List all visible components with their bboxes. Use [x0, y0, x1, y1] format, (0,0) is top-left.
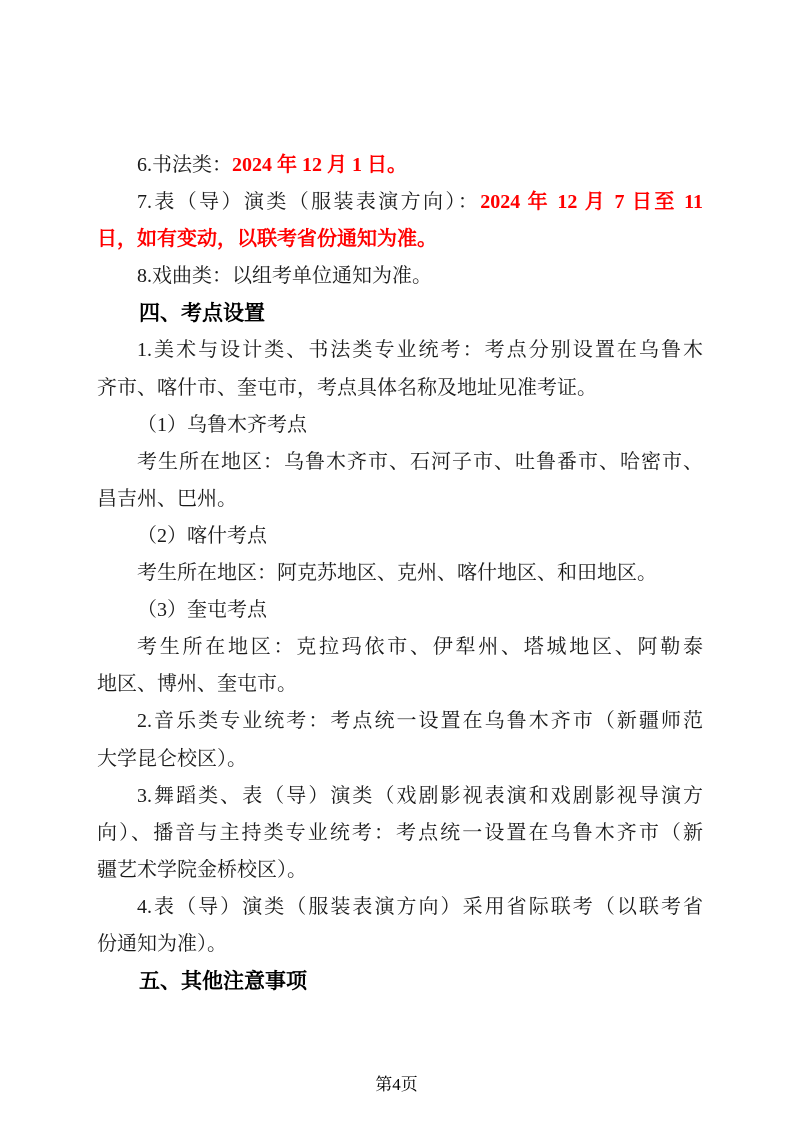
line-performance-exam-date-cont: 日，如有变动，以联考省份通知为准。: [97, 221, 703, 258]
line-calligraphy-exam-date: 6.书法类：2024 年 12 月 1 日。: [97, 147, 703, 184]
line-opera-exam-date: 8.戏曲类：以组考单位通知为准。: [97, 258, 703, 295]
line-urumqi-site-label: （1）乌鲁木齐考点: [97, 407, 703, 444]
line-dance-broadcast-site-1: 3.舞蹈类、表（导）演类（戏剧影视表演和戏剧影视导演方: [97, 778, 703, 815]
line-art-calligraphy-sites-1: 1.美术与设计类、书法类专业统考：考点分别设置在乌鲁木: [97, 332, 703, 369]
line-fashion-performance-joint-1: 4.表（导）演类（服装表演方向）采用省际联考（以联考省: [97, 889, 703, 926]
line-kuitun-regions-2: 地区、博州、奎屯市。: [97, 666, 703, 703]
calligraphy-label: 6.书法类：: [137, 154, 232, 176]
performance-exam-date-value: 2024 年 12 月 7 日至 11: [480, 191, 703, 213]
line-performance-exam-date: 7.表（导）演类（服装表演方向）：2024 年 12 月 7 日至 11: [97, 184, 703, 221]
calligraphy-exam-date-value: 2024 年 12 月 1 日。: [232, 154, 407, 176]
performance-label: 7.表（导）演类（服装表演方向）：: [137, 191, 480, 213]
heading-section-5-other-notes: 五、其他注意事项: [97, 963, 703, 1000]
line-kashgar-regions: 考生所在地区：阿克苏地区、克州、喀什地区、和田地区。: [97, 555, 703, 592]
heading-section-4-exam-sites: 四、考点设置: [97, 295, 703, 332]
line-fashion-performance-joint-2: 份通知为准）。: [97, 926, 703, 963]
document-page: 6.书法类：2024 年 12 月 1 日。 7.表（导）演类（服装表演方向）：…: [0, 0, 793, 1122]
line-art-calligraphy-sites-2: 齐市、喀什市、奎屯市，考点具体名称及地址见准考证。: [97, 370, 703, 407]
line-dance-broadcast-site-3: 疆艺术学院金桥校区）。: [97, 852, 703, 889]
page-number: 第4页: [0, 1070, 793, 1095]
line-kuitun-regions-1: 考生所在地区：克拉玛依市、伊犁州、塔城地区、阿勒泰: [97, 629, 703, 666]
line-music-site-2: 大学昆仑校区）。: [97, 741, 703, 778]
line-urumqi-regions-2: 昌吉州、巴州。: [97, 481, 703, 518]
document-body: 6.书法类：2024 年 12 月 1 日。 7.表（导）演类（服装表演方向）：…: [97, 147, 703, 1000]
line-urumqi-regions-1: 考生所在地区：乌鲁木齐市、石河子市、吐鲁番市、哈密市、: [97, 444, 703, 481]
line-music-site-1: 2.音乐类专业统考：考点统一设置在乌鲁木齐市（新疆师范: [97, 703, 703, 740]
line-kuitun-site-label: （3）奎屯考点: [97, 592, 703, 629]
line-dance-broadcast-site-2: 向）、播音与主持类专业统考：考点统一设置在乌鲁木齐市（新: [97, 815, 703, 852]
performance-exam-date-note: 日，如有变动，以联考省份通知为准。: [97, 228, 437, 250]
line-kashgar-site-label: （2）喀什考点: [97, 518, 703, 555]
